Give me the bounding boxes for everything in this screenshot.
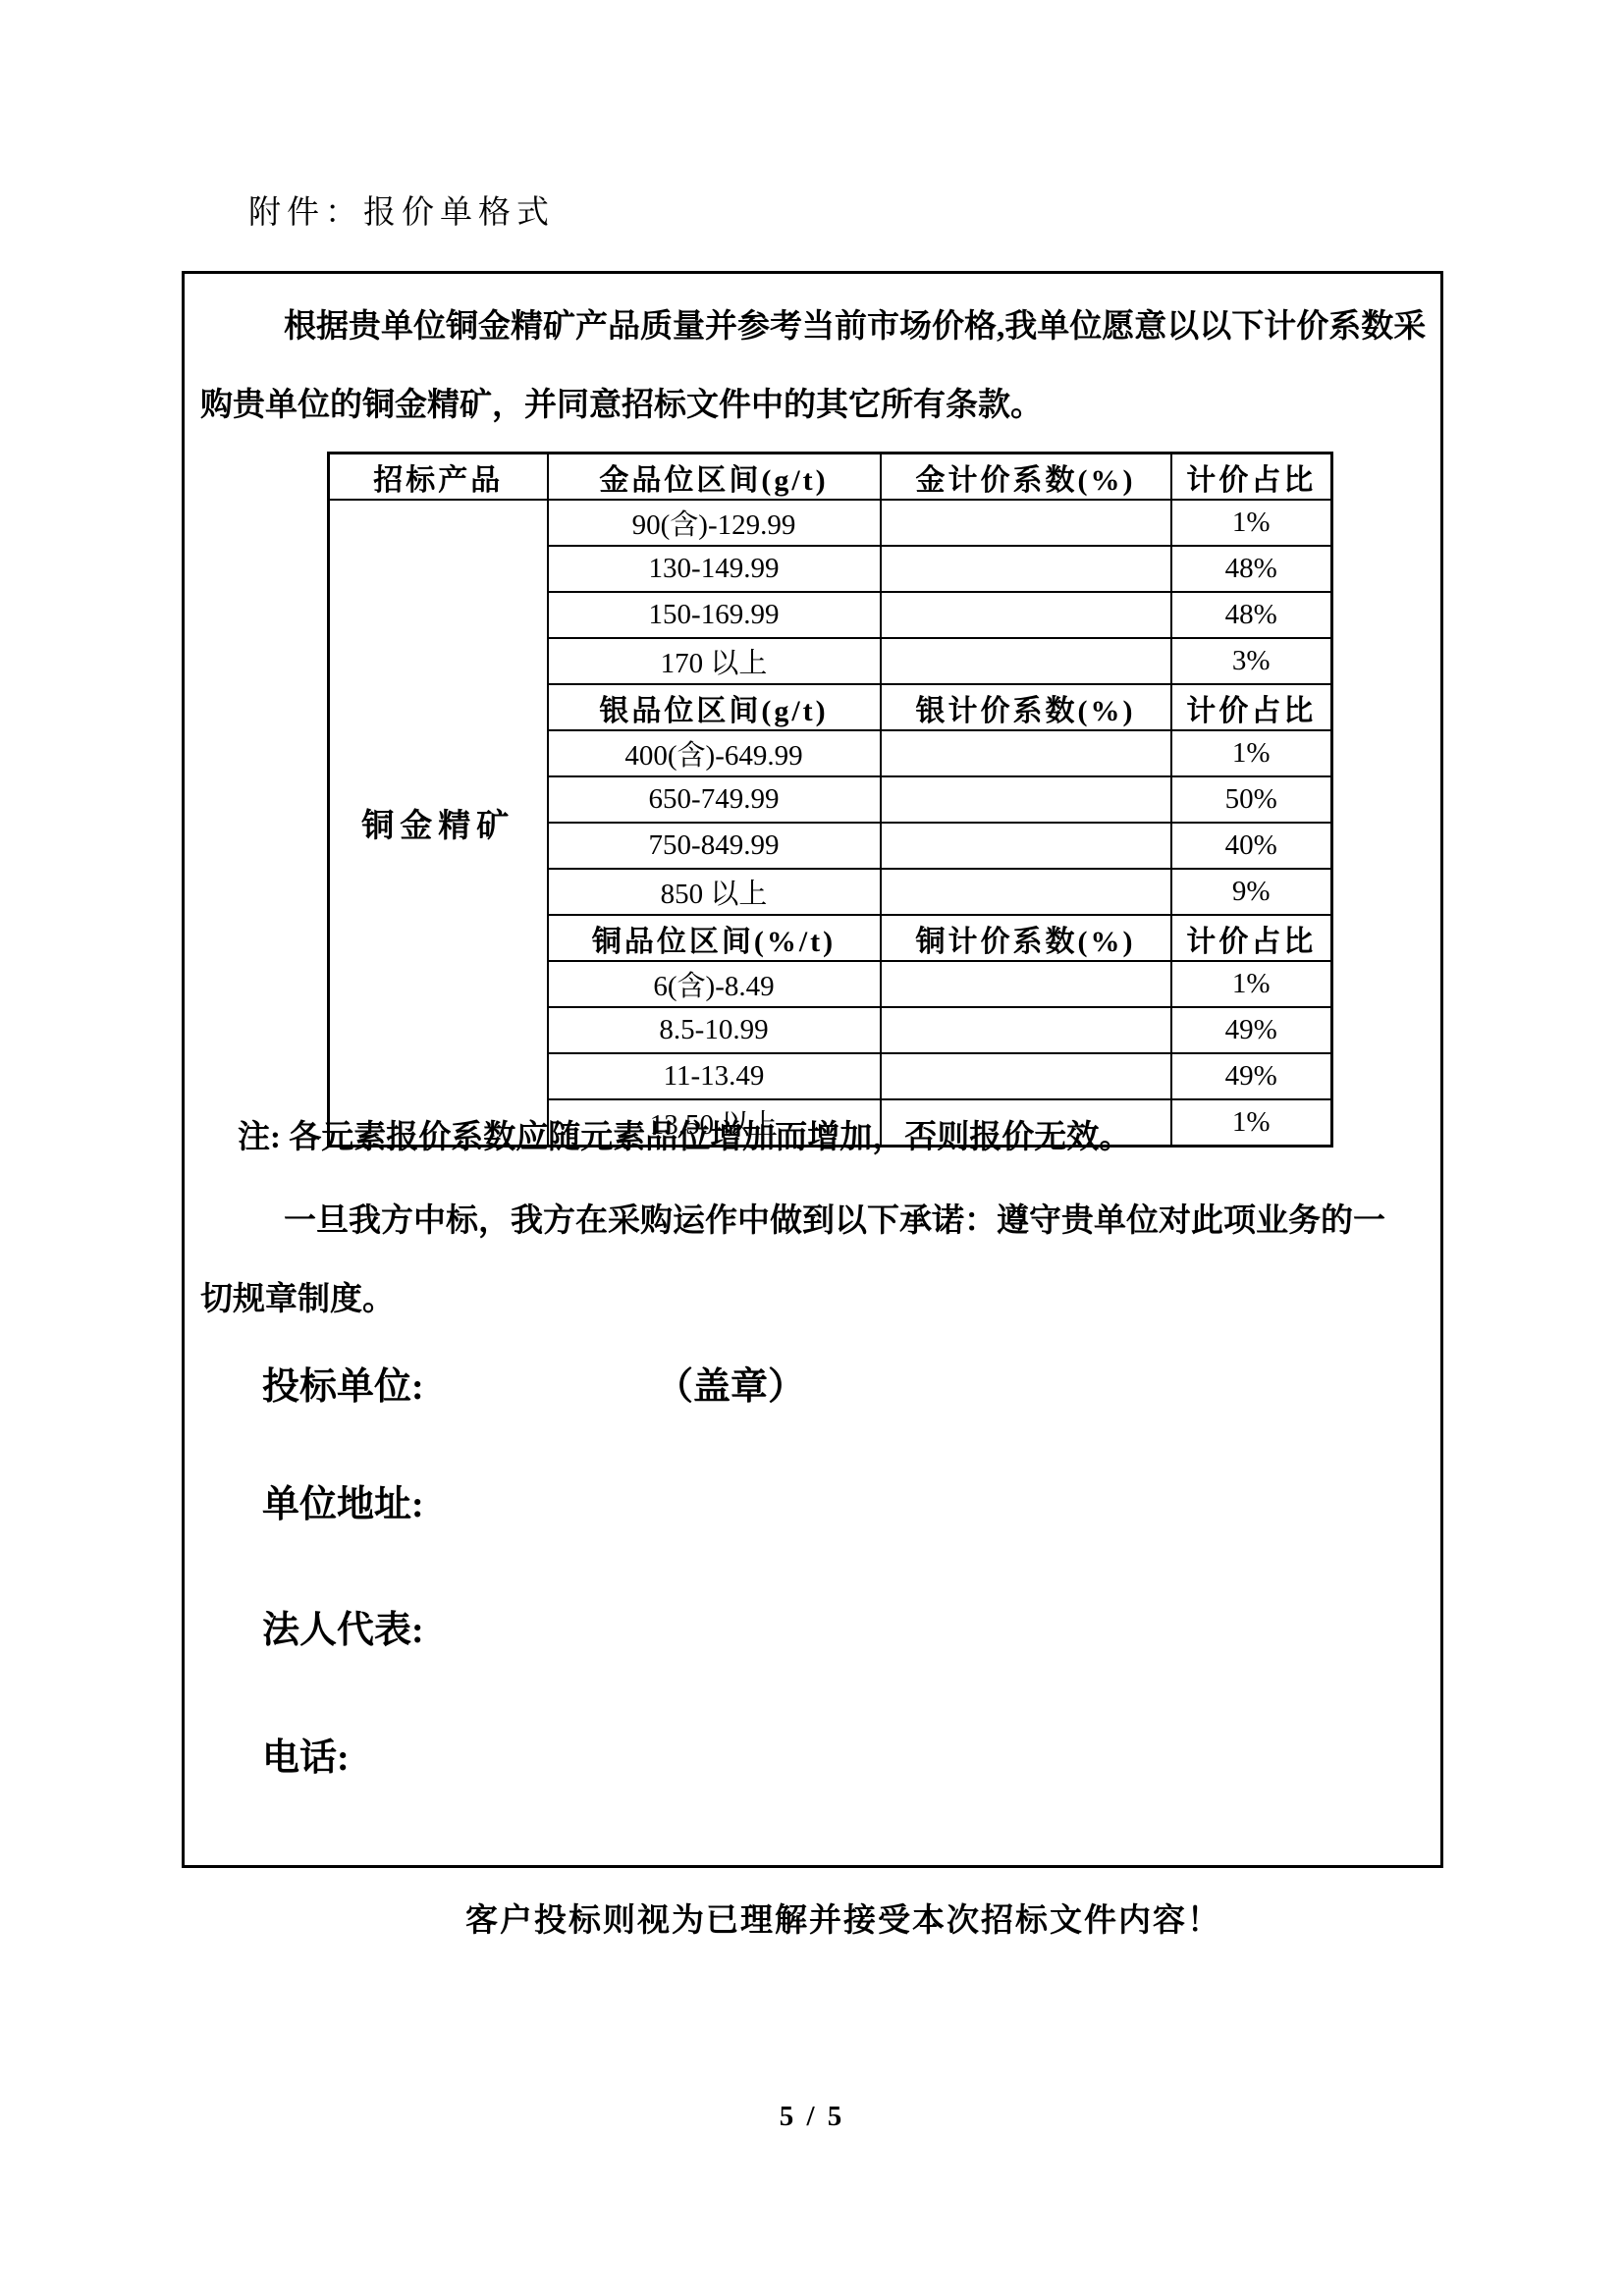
- closing-slogan: 客户投标则视为已理解并接受本次招标文件内容！: [0, 1895, 1624, 1941]
- interval-cell: 400(含)-649.99: [548, 730, 881, 776]
- bidder-label: 投标单位:: [262, 1366, 424, 1408]
- bidder-field: 投标单位: （盖章）: [262, 1363, 424, 1411]
- intro-paragraph: 根据贵单位铜金精矿产品质量并参考当前市场价格,我单位愿意以以下计价系数采 购贵单…: [200, 288, 1433, 445]
- interval-cell: 11-13.49: [548, 1053, 881, 1099]
- header-share: 计价占比: [1171, 915, 1332, 961]
- coefficient-cell: [881, 500, 1171, 546]
- header-silver-interval: 银品位区间(g/t): [548, 684, 881, 730]
- coefficient-cell: [881, 730, 1171, 776]
- quotation-form-box: 根据贵单位铜金精矿产品质量并参考当前市场价格,我单位愿意以以下计价系数采 购贵单…: [182, 271, 1443, 1868]
- phone-field: 电话:: [262, 1735, 350, 1782]
- interval-cell: 8.5-10.99: [548, 1007, 881, 1053]
- share-cell: 40%: [1171, 823, 1332, 869]
- table-header-row: 招标产品 金品位区间(g/t) 金计价系数(%) 计价占比: [329, 454, 1332, 501]
- header-copper-coefficient: 铜计价系数(%): [881, 915, 1171, 961]
- interval-cell: 170 以上: [548, 638, 881, 684]
- share-cell: 49%: [1171, 1053, 1332, 1099]
- share-cell: 1%: [1171, 500, 1332, 546]
- interval-cell: 90(含)-129.99: [548, 500, 881, 546]
- commitment-line-2: 切规章制度。: [200, 1260, 1433, 1339]
- coefficient-cell: [881, 869, 1171, 915]
- coefficient-cell: [881, 776, 1171, 823]
- share-cell: 48%: [1171, 592, 1332, 638]
- product-cell: 铜金精矿: [329, 500, 548, 1147]
- coefficient-cell: [881, 961, 1171, 1007]
- interval-cell: 750-849.99: [548, 823, 881, 869]
- interval-cell: 850 以上: [548, 869, 881, 915]
- share-cell: 50%: [1171, 776, 1332, 823]
- coefficient-cell: [881, 1053, 1171, 1099]
- page-number: 5 / 5: [0, 2101, 1624, 2133]
- seal-label: （盖章）: [656, 1363, 805, 1411]
- table-note: 注: 各元素报价系数应随元素品位增加而增加，否则报价无效。: [238, 1118, 1131, 1157]
- share-cell: 1%: [1171, 961, 1332, 1007]
- intro-line-1: 根据贵单位铜金精矿产品质量并参考当前市场价格,我单位愿意以以下计价系数采: [200, 288, 1433, 366]
- share-cell: 9%: [1171, 869, 1332, 915]
- interval-cell: 650-749.99: [548, 776, 881, 823]
- header-share: 计价占比: [1171, 454, 1332, 501]
- closing-slogan-text: 客户投标则视为已理解并接受本次招标文件内容！: [465, 1903, 1221, 1939]
- quotation-table: 招标产品 金品位区间(g/t) 金计价系数(%) 计价占比 铜金精矿 90(含)…: [327, 452, 1333, 1148]
- interval-cell: 150-169.99: [548, 592, 881, 638]
- page-title: 附件：报价单格式: [248, 190, 555, 236]
- coefficient-cell: [881, 638, 1171, 684]
- share-cell: 48%: [1171, 546, 1332, 592]
- share-cell: 3%: [1171, 638, 1332, 684]
- share-cell: 49%: [1171, 1007, 1332, 1053]
- header-silver-coefficient: 银计价系数(%): [881, 684, 1171, 730]
- interval-cell: 6(含)-8.49: [548, 961, 881, 1007]
- header-share: 计价占比: [1171, 684, 1332, 730]
- document-page: 附件：报价单格式 根据贵单位铜金精矿产品质量并参考当前市场价格,我单位愿意以以下…: [0, 0, 1624, 2296]
- legal-rep-field: 法人代表:: [262, 1607, 424, 1654]
- coefficient-cell: [881, 1007, 1171, 1053]
- header-copper-interval: 铜品位区间(%/t): [548, 915, 881, 961]
- coefficient-cell: [881, 592, 1171, 638]
- share-cell: 1%: [1171, 1099, 1332, 1147]
- address-field: 单位地址:: [262, 1481, 424, 1528]
- commitment-line-1: 一旦我方中标，我方在采购运作中做到以下承诺：遵守贵单位对此项业务的一: [200, 1182, 1433, 1260]
- header-gold-coefficient: 金计价系数(%): [881, 454, 1171, 501]
- share-cell: 1%: [1171, 730, 1332, 776]
- commitment-paragraph: 一旦我方中标，我方在采购运作中做到以下承诺：遵守贵单位对此项业务的一 切规章制度…: [200, 1182, 1433, 1339]
- coefficient-cell: [881, 546, 1171, 592]
- intro-line-2: 购贵单位的铜金精矿，并同意招标文件中的其它所有条款。: [200, 366, 1433, 445]
- coefficient-cell: [881, 823, 1171, 869]
- table-row: 铜金精矿 90(含)-129.99 1%: [329, 500, 1332, 546]
- interval-cell: 130-149.99: [548, 546, 881, 592]
- header-product: 招标产品: [329, 454, 548, 501]
- header-gold-interval: 金品位区间(g/t): [548, 454, 881, 501]
